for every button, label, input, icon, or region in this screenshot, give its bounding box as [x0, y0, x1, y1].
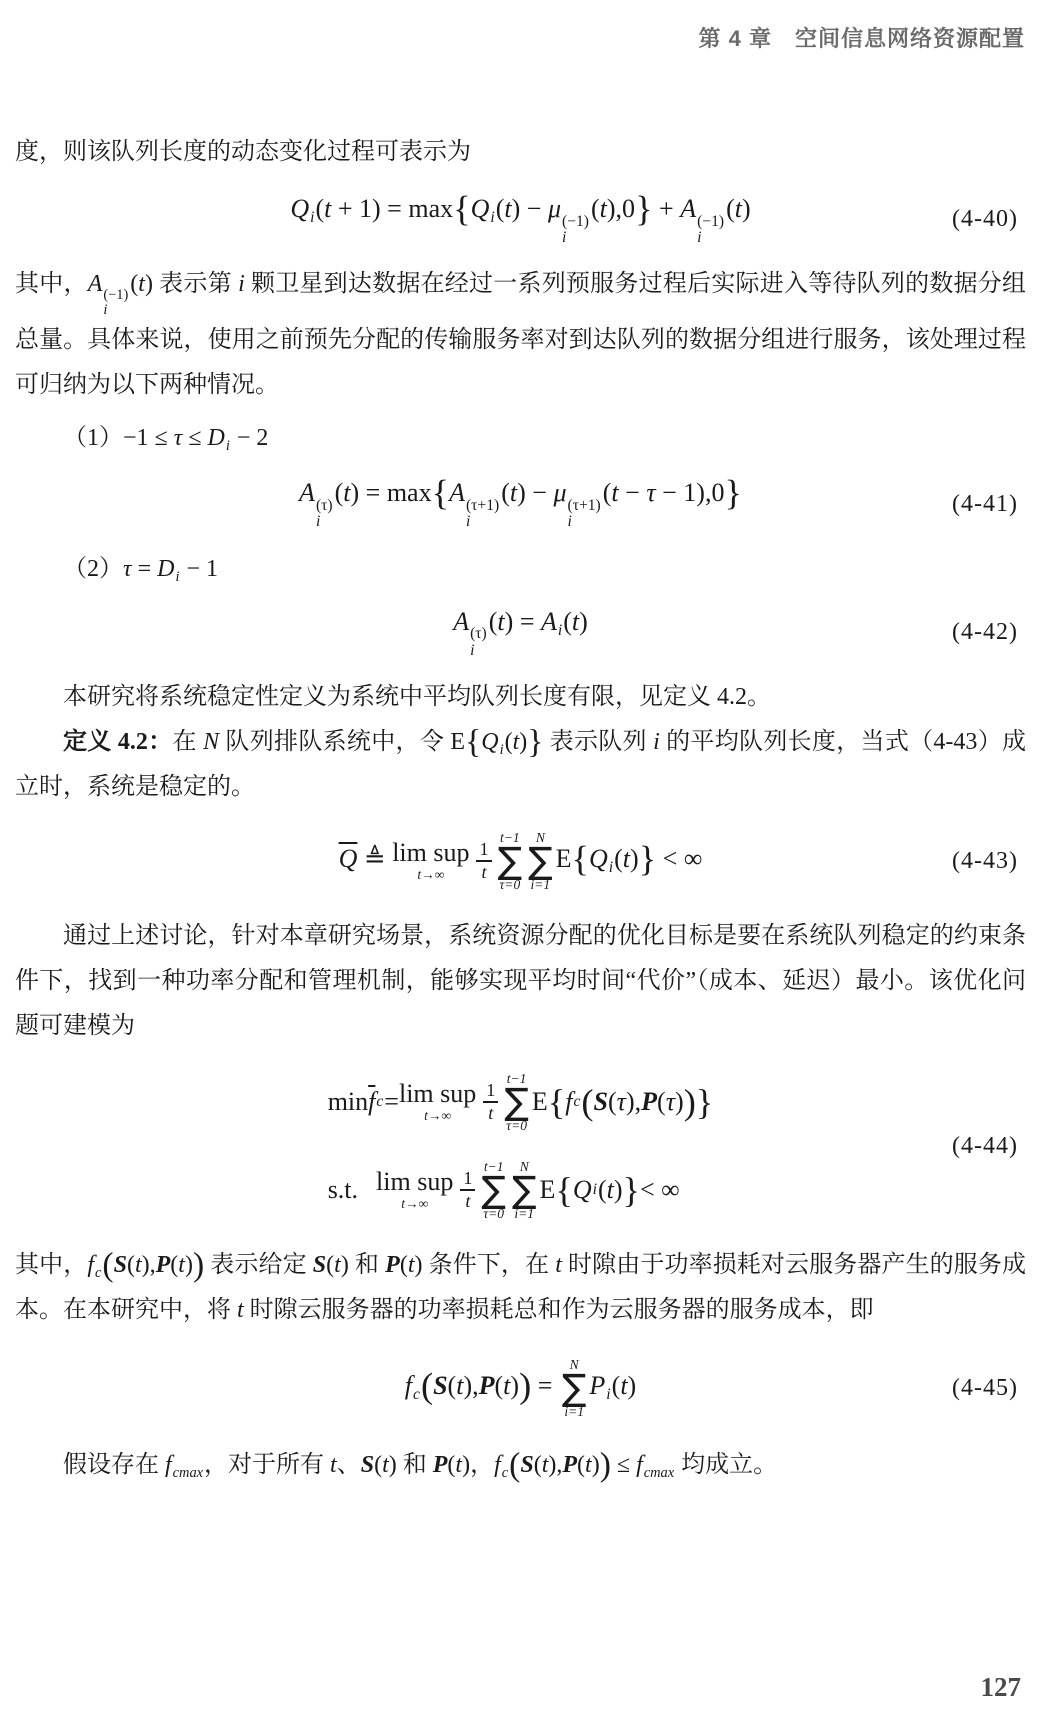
denominator: t: [482, 862, 487, 883]
equation-label: (4-44): [952, 1132, 1018, 1161]
math-roman: E: [539, 1174, 555, 1205]
text: ) 条件下，在: [415, 1252, 556, 1278]
subscript: i: [175, 569, 179, 585]
fraction: 1t: [476, 839, 491, 883]
variable: t: [343, 478, 350, 507]
denominator: t: [488, 1103, 493, 1124]
text: (: [326, 1252, 334, 1278]
equation-4-44: min fc = lim supt→∞1tt−1∑τ=0E{fc(S(τ), P…: [15, 1071, 1026, 1221]
delimiter: {: [465, 723, 481, 760]
text: (: [400, 1252, 408, 1278]
lower-limit: i=1: [514, 1206, 534, 1222]
subscript: i: [697, 230, 701, 246]
text: ),: [548, 1452, 562, 1478]
superscript: (τ+1): [466, 498, 499, 514]
subscript: i: [310, 209, 314, 226]
paragraph-definition-4-2: 定义 4.2：在 N 队列排队系统中，令 E{Qi(t)} 表示队列 i 的平均…: [15, 720, 1026, 810]
variable: τ: [646, 478, 655, 507]
script-stack: (−1)i: [697, 214, 724, 247]
script-stack: (−1)i: [562, 214, 589, 247]
variable: t: [607, 1174, 614, 1205]
variable: f: [87, 1252, 94, 1278]
bold-variable: P: [156, 1252, 171, 1278]
numerator: 1: [476, 839, 491, 862]
text: （1）: [63, 425, 123, 451]
paragraph-cost-explain: 其中，fc(S(t),P(t)) 表示给定 S(t) 和 P(t) 条件下，在 …: [15, 1243, 1026, 1333]
variable: t: [504, 194, 511, 223]
subscript: i: [316, 514, 320, 530]
script-stack: (τ)i: [316, 498, 333, 531]
lower-limit: τ=0: [499, 877, 520, 893]
text: ) −: [517, 478, 553, 507]
variable: t: [735, 194, 742, 223]
text: ，对于所有: [204, 1452, 330, 1478]
text: (: [501, 478, 510, 507]
equation-label: (4-41): [952, 490, 1018, 519]
text: − 1),0: [656, 478, 725, 507]
sum-operator: t−1∑τ=0: [481, 1159, 506, 1221]
bold-variable: S: [313, 1252, 326, 1278]
subscript: cmax: [644, 1465, 674, 1481]
text: (: [657, 1086, 666, 1117]
sigma-symbol: ∑: [504, 1087, 529, 1118]
variable: t: [585, 1452, 592, 1478]
variable: f: [405, 1371, 412, 1400]
bold-variable: P: [385, 1252, 400, 1278]
text: ) 和: [389, 1452, 433, 1478]
text: (: [335, 478, 344, 507]
lower-limit: i=1: [564, 1404, 584, 1420]
subscript: i: [226, 438, 230, 454]
text: ) 和: [341, 1252, 385, 1278]
text: (: [598, 1174, 607, 1205]
variable: Q: [481, 729, 498, 755]
text: 队列排队系统中，令: [219, 729, 450, 755]
bold-variable: P: [562, 1452, 577, 1478]
text: 通过上述讨论，针对本章研究场景，系统资源分配的优化目标是要在系统队列稳定的约束条…: [15, 923, 1026, 1039]
variable: t: [611, 478, 618, 507]
variable: t: [330, 1452, 337, 1478]
text: (: [495, 1371, 504, 1400]
limit-operator: lim supt→∞: [392, 840, 469, 882]
sigma-symbol: ∑: [512, 1175, 537, 1206]
text: (: [608, 1086, 617, 1117]
text: ): [185, 1252, 193, 1278]
formula-objective: min fc = lim supt→∞1tt−1∑τ=0E{fc(S(τ), P…: [328, 1071, 714, 1133]
lower-limit: i=1: [531, 877, 551, 893]
math-roman: max: [387, 478, 432, 507]
delimiter: }: [635, 189, 652, 229]
variable: A: [88, 271, 103, 297]
paragraph-explain-arrival: 其中，A(−1)i(t) 表示第 i 颗卫星到达数据在经过一系列预服务过程后实际…: [15, 262, 1026, 408]
text: 本研究将系统稳定性定义为系统中平均队列长度有限，见定义 4.2。: [63, 684, 771, 710]
math-roman: max: [408, 194, 453, 223]
case-2-condition: （2）τ = Di − 1: [15, 547, 1026, 592]
sigma-symbol: ∑: [481, 1175, 506, 1206]
bold-text: 定义 4.2：: [63, 729, 173, 755]
text: 、: [337, 1452, 361, 1478]
fraction: 1t: [460, 1168, 475, 1212]
variable: f: [565, 1086, 572, 1117]
bold-variable: S: [433, 1371, 447, 1400]
formula-lines: min fc = lim supt→∞1tt−1∑τ=0E{fc(S(τ), P…: [328, 1071, 714, 1221]
delimiter: }: [724, 473, 741, 513]
formula: Qi(t + 1) = max{Qi(t) − μ(−1)i(t),0} + A…: [290, 193, 750, 246]
equation-4-43: Q ≜ lim supt→∞1tt−1∑τ=0N∑i=1E{Qi(t)} < ∞…: [15, 830, 1026, 892]
text: ),0: [607, 194, 635, 223]
text: (: [726, 194, 735, 223]
text: ): [579, 607, 588, 636]
subscript: i: [568, 514, 572, 530]
formula-constraint: s.t.lim supt→∞1tt−1∑τ=0N∑i=1E{Qi(t)} < ∞: [328, 1159, 680, 1221]
limit-text: lim sup: [399, 1081, 476, 1107]
script-stack: (τ+1)i: [568, 498, 601, 531]
subscript: cmax: [173, 1465, 203, 1481]
variable: A: [541, 607, 557, 636]
superscript: (τ): [470, 626, 487, 642]
sum-operator: t−1∑τ=0: [498, 830, 523, 892]
sigma-symbol: ∑: [528, 846, 553, 877]
text: =: [384, 1086, 399, 1117]
variable: t: [620, 1371, 627, 1400]
text: − 1: [180, 556, 218, 582]
text: ): [742, 194, 751, 223]
variable: t: [408, 1252, 415, 1278]
overline-variable: Q: [339, 844, 358, 873]
text: )，: [462, 1452, 494, 1478]
variable: Q: [573, 1174, 592, 1205]
math-roman: −1 ≤: [123, 425, 174, 451]
equation-label: (4-43): [952, 847, 1018, 876]
text: =: [531, 1371, 559, 1400]
document-page: 第 4 章 空间信息网络资源配置 度，则该队列长度的动态变化过程可表示为 Qi(…: [0, 0, 1041, 1725]
formula: Q ≜ lim supt→∞1tt−1∑τ=0N∑i=1E{Qi(t)} < ∞: [339, 830, 703, 892]
equation-4-41: A(τ)i(t) = max{A(τ+1)i(t) − μ(τ+1)i(t − …: [15, 477, 1026, 530]
variable: A: [680, 194, 696, 223]
page-content: 度，则该队列长度的动态变化过程可表示为 Qi(t + 1) = max{Qi(t…: [15, 130, 1026, 1488]
text: (: [448, 1371, 457, 1400]
variable: t: [382, 1452, 389, 1478]
subscript: i: [562, 230, 566, 246]
variable: t: [334, 1252, 341, 1278]
equation-4-45: fc(S(t),P(t)) = N∑i=1Pi(t) (4-45): [15, 1357, 1026, 1419]
paragraph-fcmax-assumption: 假设存在 fcmax，对于所有 t、S(t) 和 P(t)，fc(S(t),P(…: [15, 1443, 1026, 1488]
variable: N: [203, 729, 219, 755]
variable: Q: [471, 194, 490, 223]
subscript: c: [413, 1386, 420, 1403]
subscript: i: [558, 622, 562, 639]
variable: A: [453, 607, 469, 636]
variable: τ: [617, 1086, 626, 1117]
text: (: [505, 729, 513, 755]
delimiter: ): [193, 1246, 204, 1283]
delimiter: {: [432, 473, 449, 513]
subscript: i: [470, 643, 474, 659]
sum-operator: N∑i=1: [512, 1159, 537, 1221]
subscript: i: [609, 859, 613, 876]
numerator: 1: [460, 1168, 475, 1191]
math-roman: min: [328, 1086, 368, 1117]
text: ≤: [611, 1452, 636, 1478]
text: (: [612, 1371, 621, 1400]
superscript: (−1): [562, 214, 589, 230]
paragraph-stability-intro: 本研究将系统稳定性定义为系统中平均队列长度有限，见定义 4.2。: [15, 675, 1026, 720]
limit-text: lim sup: [392, 840, 469, 866]
variable: i: [238, 271, 245, 297]
variable: t: [623, 844, 630, 873]
subscript: i: [606, 1386, 610, 1403]
delimiter: (: [421, 1366, 433, 1406]
bold-variable: S: [361, 1452, 374, 1478]
bold-variable: S: [520, 1452, 533, 1478]
bold-variable: P: [479, 1371, 495, 1400]
text: (: [127, 1252, 135, 1278]
superscript: (−1): [103, 288, 128, 303]
bold-variable: P: [433, 1452, 448, 1478]
delimiter: {: [572, 839, 589, 879]
text: (: [563, 607, 572, 636]
denominator: t: [465, 1191, 470, 1212]
variable: μ: [548, 194, 561, 223]
text: ): [630, 844, 639, 873]
text: 表示队列: [543, 729, 653, 755]
subscript: i: [103, 303, 107, 318]
variable: f: [636, 1452, 643, 1478]
script-stack: (τ+1)i: [466, 498, 499, 531]
subscript: c: [95, 1265, 101, 1281]
text: (: [577, 1452, 585, 1478]
math-roman: s.t.: [328, 1174, 358, 1205]
limit-text: lim sup: [376, 1169, 453, 1195]
math-roman: ≜: [357, 844, 392, 873]
paragraph-intro: 度，则该队列长度的动态变化过程可表示为: [15, 130, 1026, 175]
script-stack: (τ)i: [470, 626, 487, 659]
variable: Q: [290, 194, 309, 223]
variable: τ: [123, 556, 132, 582]
equation-4-42: A(τ)i(t) = Ai(t) (4-42): [15, 606, 1026, 659]
math-roman: ≤: [182, 425, 207, 451]
sum-operator: t−1∑τ=0: [504, 1071, 529, 1133]
superscript: (−1): [697, 214, 724, 230]
math-roman: E: [450, 729, 465, 755]
text: ): [675, 1086, 684, 1117]
sum-operator: N∑i=1: [528, 830, 553, 892]
text: ),: [626, 1086, 641, 1117]
variable: t: [600, 194, 607, 223]
variable: A: [449, 478, 465, 507]
variable: D: [157, 556, 174, 582]
text: (: [315, 194, 324, 223]
variable: t: [555, 1252, 562, 1278]
delimiter: ): [600, 1446, 611, 1483]
text: ) =: [505, 607, 541, 636]
running-header: 第 4 章 空间信息网络资源配置: [699, 22, 1025, 53]
text: ) −: [512, 194, 548, 223]
text: (: [374, 1452, 382, 1478]
equation-4-40: Qi(t + 1) = max{Qi(t) − μ(−1)i(t),0} + A…: [15, 193, 1026, 246]
equation-label: (4-45): [952, 1374, 1018, 1403]
superscript: (τ): [316, 498, 333, 514]
text: ): [628, 1371, 637, 1400]
sigma-symbol: ∑: [498, 846, 523, 877]
bold-variable: S: [594, 1086, 608, 1117]
case-1-condition: （1）−1 ≤ τ ≤ Di − 2: [15, 416, 1026, 461]
limit-operator: lim supt→∞: [376, 1169, 453, 1211]
delimiter: (: [102, 1246, 113, 1283]
text: ): [614, 1174, 623, 1205]
limit-operator: lim supt→∞: [399, 1081, 476, 1123]
math-roman: < ∞: [656, 844, 702, 873]
variable: τ: [666, 1086, 675, 1117]
text: ),: [142, 1252, 156, 1278]
equation-label: (4-42): [952, 618, 1018, 647]
fraction: 1t: [483, 1080, 498, 1124]
text: ),: [463, 1371, 478, 1400]
superscript: (τ+1): [568, 498, 601, 514]
subscript: i: [500, 742, 504, 758]
page-number: 127: [981, 1672, 1022, 1703]
limit-under: t→∞: [401, 1197, 428, 1211]
text: ): [592, 1452, 600, 1478]
subscript: i: [466, 514, 470, 530]
bold-variable: S: [114, 1252, 127, 1278]
sum-operator: N∑i=1: [562, 1357, 587, 1419]
variable: μ: [553, 478, 566, 507]
formula: A(τ)i(t) = max{A(τ+1)i(t) − μ(τ+1)i(t − …: [299, 477, 742, 530]
variable: t: [135, 1252, 142, 1278]
delimiter: }: [639, 839, 656, 879]
text: 时隙云服务器的功率损耗总和作为云服务器的服务成本，即: [244, 1297, 874, 1323]
text: （2）: [63, 556, 123, 582]
variable: i: [653, 729, 660, 755]
text: =: [132, 556, 158, 582]
math-roman: < ∞: [640, 1174, 680, 1205]
text: 在: [173, 729, 204, 755]
text: −: [619, 478, 647, 507]
text: (: [591, 194, 600, 223]
variable: P: [589, 1371, 605, 1400]
script-stack: (−1)i: [103, 288, 128, 318]
delimiter: ): [519, 1366, 531, 1406]
text: +: [653, 194, 681, 223]
text: (: [534, 1452, 542, 1478]
text: 假设存在: [63, 1452, 165, 1478]
sigma-symbol: ∑: [562, 1373, 587, 1404]
text: (: [614, 844, 623, 873]
subscript: c: [502, 1465, 508, 1481]
text: 其中，: [15, 271, 88, 297]
limit-under: t→∞: [417, 868, 444, 882]
formula: fc(S(t),P(t)) = N∑i=1Pi(t): [405, 1357, 636, 1419]
numerator: 1: [483, 1080, 498, 1103]
equation-label: (4-40): [952, 205, 1018, 234]
variable: D: [207, 425, 224, 451]
delimiter: (: [509, 1446, 520, 1483]
subscript: i: [490, 209, 494, 226]
text: + 1) =: [331, 194, 408, 223]
variable: t: [237, 1297, 244, 1323]
variable: t: [178, 1252, 185, 1278]
formula: A(τ)i(t) = Ai(t): [453, 606, 588, 659]
delimiter: {: [453, 189, 470, 229]
lower-limit: τ=0: [506, 1118, 527, 1134]
variable: f: [494, 1452, 501, 1478]
variable: Q: [589, 844, 608, 873]
text: 度，则该队列长度的动态变化过程可表示为: [15, 139, 471, 165]
paragraph-optimization-goal: 通过上述讨论，针对本章研究场景，系统资源分配的优化目标是要在系统队列稳定的约束条…: [15, 914, 1026, 1049]
delimiter: }: [527, 723, 543, 760]
math-roman: E: [556, 844, 572, 873]
math-roman: − 2: [231, 425, 269, 451]
text: ) =: [351, 478, 387, 507]
bold-variable: P: [641, 1086, 657, 1117]
variable: f: [165, 1452, 172, 1478]
overline-variable: f: [368, 1086, 375, 1117]
lower-limit: τ=0: [483, 1206, 504, 1222]
math-roman: E: [532, 1086, 548, 1117]
limit-under: t→∞: [424, 1109, 451, 1123]
text: 表示给定: [204, 1252, 313, 1278]
variable: t: [497, 607, 504, 636]
text: ): [510, 1371, 519, 1400]
text: 均成立。: [675, 1452, 777, 1478]
text: 其中，: [15, 1252, 87, 1278]
variable: t: [138, 271, 145, 297]
variable: A: [299, 478, 315, 507]
text: ) 表示第: [145, 271, 238, 297]
